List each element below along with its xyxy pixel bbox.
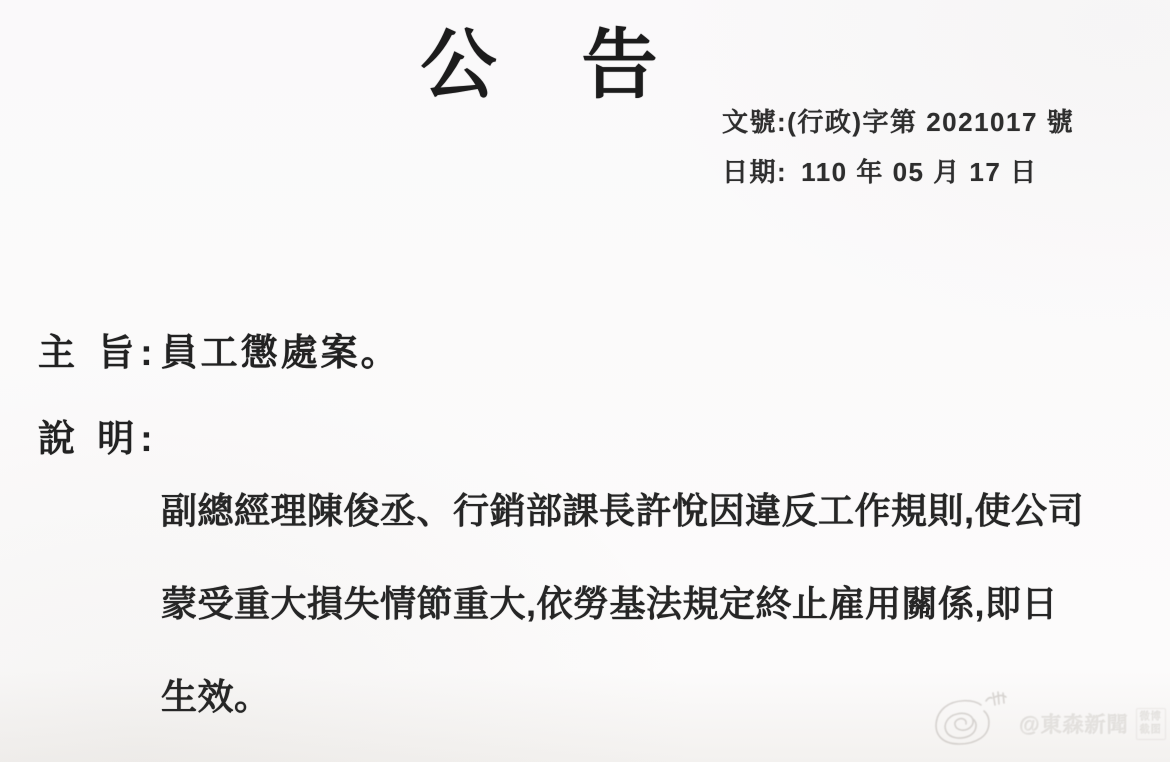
watermark-badge: 微博 截图 bbox=[1136, 708, 1166, 740]
doc-date-value: 110 年 05 月 17 日 bbox=[801, 157, 1037, 187]
explanation-label: 說 明: bbox=[38, 418, 159, 459]
doc-number-value: (行政)字第 2021017 號 bbox=[787, 107, 1074, 137]
announcement-document: 公 告 文號:(行政)字第 2021017 號 日期:110 年 05 月 17… bbox=[0, 0, 1170, 762]
weibo-scribble-icon bbox=[929, 689, 1013, 760]
subject-value: 員工懲處案。 bbox=[161, 332, 401, 373]
subject-label: 主 旨: bbox=[38, 332, 159, 373]
doc-number-label: 文號: bbox=[722, 107, 787, 137]
watermark-badge-row: 截图 bbox=[1140, 724, 1162, 737]
doc-number-line: 文號:(行政)字第 2021017 號 bbox=[722, 97, 1074, 147]
body-line: 蒙受重大損失情節重大,依勞基法規定終止雇用關係,即日 bbox=[161, 557, 1121, 650]
watermark: @東森新聞 微博 截图 bbox=[929, 688, 1166, 760]
doc-meta: 文號:(行政)字第 2021017 號 日期:110 年 05 月 17 日 bbox=[722, 97, 1074, 197]
watermark-badge-row: 微博 bbox=[1140, 711, 1162, 724]
subject-row: 主 旨:員工懲處案。 bbox=[38, 322, 401, 376]
explanation-row: 說 明: bbox=[38, 408, 159, 462]
body-line: 副總經理陳俊丞、行銷部課長許悅因違反工作規則,使公司 bbox=[161, 464, 1121, 557]
doc-date-line: 日期:110 年 05 月 17 日 bbox=[722, 147, 1074, 197]
doc-date-label: 日期: bbox=[722, 157, 787, 187]
watermark-handle: @東森新聞 bbox=[1020, 709, 1129, 739]
